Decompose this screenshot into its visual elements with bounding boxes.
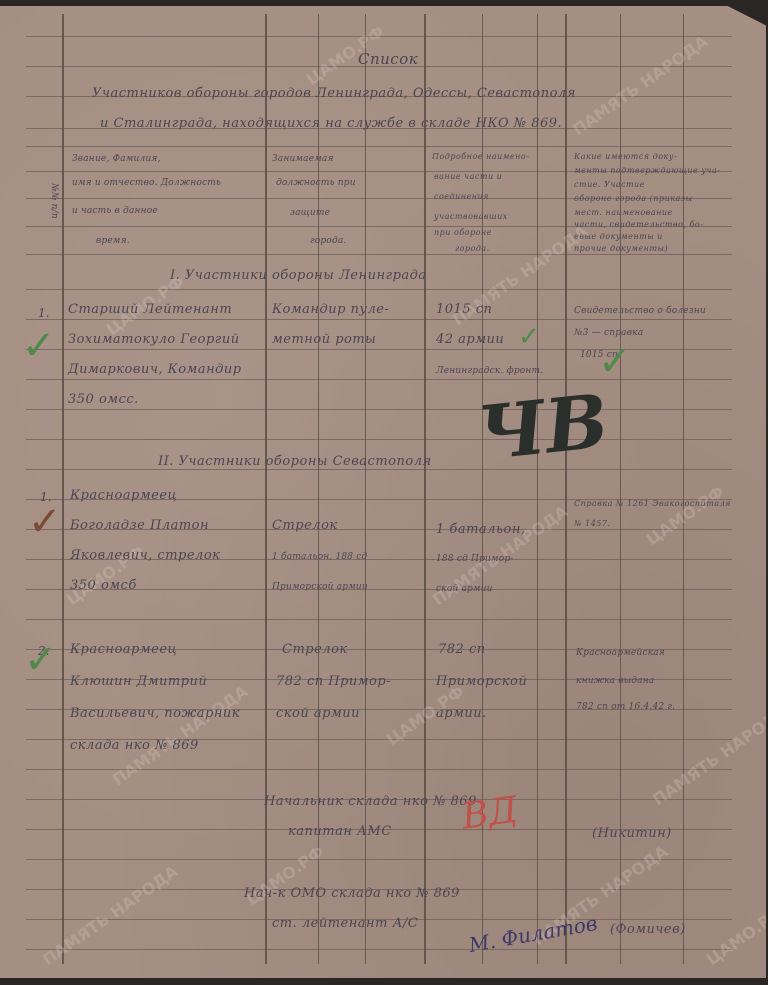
watermark-text: ПАМЯТЬ НАРОДА — [569, 32, 711, 140]
checkmark-icon: ✓ — [598, 342, 632, 382]
section-heading-sevastopol: II. Участники обороны Севастополя — [158, 454, 432, 469]
watermark-text: ПАМЯТЬ НАРОДА — [649, 702, 768, 810]
watermark-text: ПАМЯТЬ НАРОДА — [109, 682, 251, 790]
watermark-text: ПАМЯТЬ НАРОДА — [39, 862, 181, 970]
checkmark-icon: ✓ — [28, 502, 62, 542]
row-number-header: №№ п/п — [49, 183, 59, 219]
document-sheet: ЦАМО.РФПАМЯТЬ НАРОДАЦАМО.РФПАМЯТЬ НАРОДА… — [0, 6, 766, 978]
document-subtitle-line1: Участников обороны городов Ленинграда, О… — [92, 86, 576, 101]
checkmark-icon: ✓ — [24, 640, 58, 680]
handwritten-mark: ЧВ — [474, 384, 611, 471]
section-heading-leningrad: I. Участники обороны Ленинграда — [170, 268, 427, 283]
watermark-text: ЦАМО.РФ — [703, 902, 768, 969]
checkmark-icon: ✓ — [518, 324, 540, 350]
document-subtitle-line2: и Сталинграда, находящихся на службе в с… — [100, 116, 562, 131]
checkmark-icon: ✓ — [22, 326, 56, 366]
red-signature: ВД — [460, 792, 520, 835]
document-title: Список — [358, 50, 418, 68]
